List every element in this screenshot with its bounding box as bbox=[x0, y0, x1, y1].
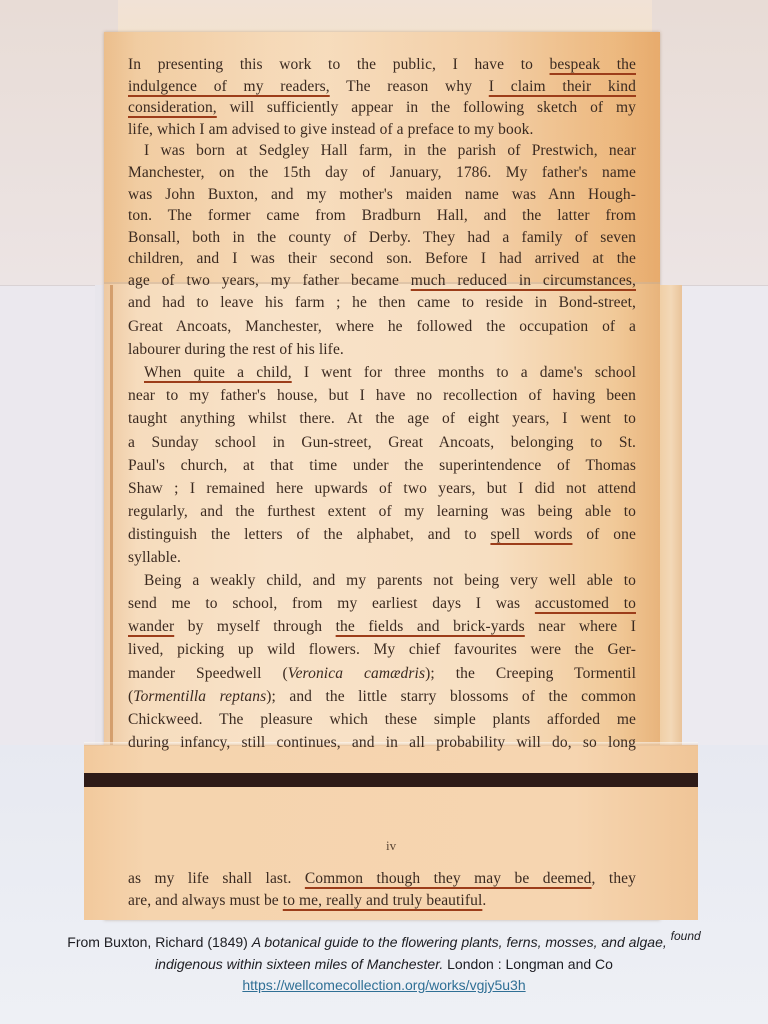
text-line: are, and always must be to me, really an… bbox=[128, 892, 486, 910]
citation-caption: From Buxton, Richard (1849) A botanical … bbox=[0, 932, 768, 996]
text-line: lived, picking up wild flowers. My chief… bbox=[128, 641, 636, 659]
text-run: labourer during the rest of his life. bbox=[128, 341, 344, 358]
text-run: ); the Creeping Tormentil bbox=[425, 665, 636, 682]
caption-prefix: From Buxton, Richard (1849) bbox=[67, 934, 251, 950]
text-line: during infancy, still continues, and in … bbox=[128, 734, 636, 752]
text-line: Chickweed. The pleasure which these simp… bbox=[128, 711, 636, 729]
text-run: send me to school, from my earliest days… bbox=[128, 595, 535, 612]
text-run: children, and I was their second son. Be… bbox=[128, 250, 636, 267]
text-line: taught anything whilst there. At the age… bbox=[128, 410, 636, 428]
background-left bbox=[0, 285, 95, 746]
text-run: , they bbox=[592, 870, 636, 887]
caption-link[interactable]: https://wellcomecollection.org/works/vgj… bbox=[0, 975, 768, 996]
text-line: Bonsall, both in the county of Derby. Th… bbox=[128, 229, 636, 247]
text-line: distinguish the letters of the alphabet,… bbox=[128, 526, 636, 544]
text-line: Shaw ; I remained here upwards of two ye… bbox=[128, 480, 636, 498]
text-run: Shaw ; I remained here upwards of two ye… bbox=[128, 480, 636, 497]
underlined-phrase: Common though they may be deemed bbox=[305, 870, 592, 887]
text-line: labourer during the rest of his life. bbox=[128, 341, 344, 359]
underlined-phrase: consideration, bbox=[128, 99, 217, 116]
caption-line-1: From Buxton, Richard (1849) A botanical … bbox=[0, 932, 768, 954]
underlined-phrase: the fields and brick-yards bbox=[336, 618, 525, 635]
background-right bbox=[682, 285, 768, 746]
text-line: and had to leave his farm ; he then came… bbox=[128, 294, 636, 312]
caption-found: found bbox=[671, 929, 701, 943]
text-line: (Tormentilla reptans); and the little st… bbox=[128, 688, 636, 706]
text-line: near to my father's house, but I have no… bbox=[128, 387, 636, 405]
text-line: syllable. bbox=[128, 549, 181, 567]
text-line: In presenting this work to the public, I… bbox=[128, 56, 636, 74]
text-run: age of two years, my father became bbox=[128, 272, 411, 289]
text-line: consideration, will sufficiently appear … bbox=[128, 99, 636, 117]
text-line: was John Buxton, and my mother's maiden … bbox=[128, 186, 636, 204]
underlined-phrase: bespeak the bbox=[550, 56, 636, 73]
text-line: life, which I am advised to give instead… bbox=[128, 121, 534, 139]
text-line: children, and I was their second son. Be… bbox=[128, 250, 636, 268]
underlined-phrase: spell words bbox=[490, 526, 572, 543]
text-run: Great Ancoats, Manchester, where he foll… bbox=[128, 318, 636, 335]
text-run: I was born at Sedgley Hall farm, in the … bbox=[144, 142, 636, 159]
text-line: Paul's church, at that time under the su… bbox=[128, 457, 636, 475]
underlined-phrase: indulgence of my readers, bbox=[128, 78, 330, 95]
text-line: I was born at Sedgley Hall farm, in the … bbox=[128, 142, 636, 160]
text-run: life, which I am advised to give instead… bbox=[128, 121, 534, 138]
fold-line-left bbox=[110, 285, 113, 745]
caption-line-2: indigenous within sixteen miles of Manch… bbox=[0, 954, 768, 975]
text-run: and had to leave his farm ; he then came… bbox=[128, 294, 636, 311]
fold-edge-right bbox=[660, 285, 682, 745]
text-run: a Sunday school in Gun-street, Great Anc… bbox=[128, 434, 636, 451]
text-run: will sufficiently appear in the followin… bbox=[217, 99, 636, 116]
text-run: during infancy, still continues, and in … bbox=[128, 734, 636, 751]
text-run: In presenting this work to the public, I… bbox=[128, 56, 550, 73]
text-run: Being a weakly child, and my parents not… bbox=[144, 572, 636, 589]
text-run: near to my father's house, but I have no… bbox=[128, 387, 636, 404]
text-run: The reason why bbox=[330, 78, 489, 95]
underlined-phrase: When quite a child, bbox=[144, 364, 292, 381]
text-line: regularly, and the furthest extent of my… bbox=[128, 503, 636, 521]
underlined-phrase: I claim their kind bbox=[489, 78, 636, 95]
text-run: Paul's church, at that time under the su… bbox=[128, 457, 636, 474]
caption-title-1: A botanical guide to the flowering plant… bbox=[252, 934, 667, 950]
text-run: of one bbox=[572, 526, 636, 543]
text-run: syllable. bbox=[128, 549, 181, 566]
italic-phrase: Veronica camædris bbox=[288, 665, 425, 682]
text-line: Manchester, on the 15th day of January, … bbox=[128, 164, 636, 182]
text-run: lived, picking up wild flowers. My chief… bbox=[128, 641, 636, 658]
text-run: regularly, and the furthest extent of my… bbox=[128, 503, 636, 520]
text-line: Great Ancoats, Manchester, where he foll… bbox=[128, 318, 636, 336]
text-run: mander Speedwell ( bbox=[128, 665, 288, 682]
text-run: by myself through bbox=[174, 618, 335, 635]
caption-title-2: indigenous within sixteen miles of Manch… bbox=[155, 956, 443, 972]
underlined-phrase: much reduced in circumstances, bbox=[411, 272, 636, 289]
dark-divider-bar bbox=[84, 773, 698, 787]
text-line: ton. The former came from Bradburn Hall,… bbox=[128, 207, 636, 225]
text-run: ton. The former came from Bradburn Hall,… bbox=[128, 207, 636, 224]
text-run: I went for three months to a dame's scho… bbox=[292, 364, 636, 381]
text-run: Bonsall, both in the county of Derby. Th… bbox=[128, 229, 636, 246]
text-line: send me to school, from my earliest days… bbox=[128, 595, 636, 613]
underlined-phrase: wander bbox=[128, 618, 174, 635]
text-run: are, and always must be bbox=[128, 892, 283, 909]
text-run: ); and the little starry blossoms of the… bbox=[266, 688, 636, 705]
text-run: as my life shall last. bbox=[128, 870, 305, 887]
text-line: When quite a child, I went for three mon… bbox=[128, 364, 636, 382]
page-number: iv bbox=[386, 838, 396, 854]
text-line: a Sunday school in Gun-street, Great Anc… bbox=[128, 434, 636, 452]
text-run: near where I bbox=[525, 618, 636, 635]
underlined-phrase: accustomed to bbox=[535, 595, 636, 612]
text-run: . bbox=[482, 892, 486, 909]
text-run: Manchester, on the 15th day of January, … bbox=[128, 164, 636, 181]
underlined-phrase: to me, really and truly beautiful bbox=[283, 892, 483, 909]
text-line: as my life shall last. Common though the… bbox=[128, 870, 636, 888]
text-run: Chickweed. The pleasure which these simp… bbox=[128, 711, 636, 728]
text-line: wander by myself through the fields and … bbox=[128, 618, 636, 636]
caption-publisher: London : Longman and Co bbox=[443, 956, 613, 972]
text-run: distinguish the letters of the alphabet,… bbox=[128, 526, 490, 543]
italic-phrase: Tormentilla reptans bbox=[133, 688, 266, 705]
text-line: mander Speedwell (Veronica camædris); th… bbox=[128, 665, 636, 683]
text-line: Being a weakly child, and my parents not… bbox=[128, 572, 636, 590]
text-run: was John Buxton, and my mother's maiden … bbox=[128, 186, 636, 203]
text-line: indulgence of my readers, The reason why… bbox=[128, 78, 636, 96]
text-line: age of two years, my father became much … bbox=[128, 272, 636, 290]
text-run: taught anything whilst there. At the age… bbox=[128, 410, 636, 427]
